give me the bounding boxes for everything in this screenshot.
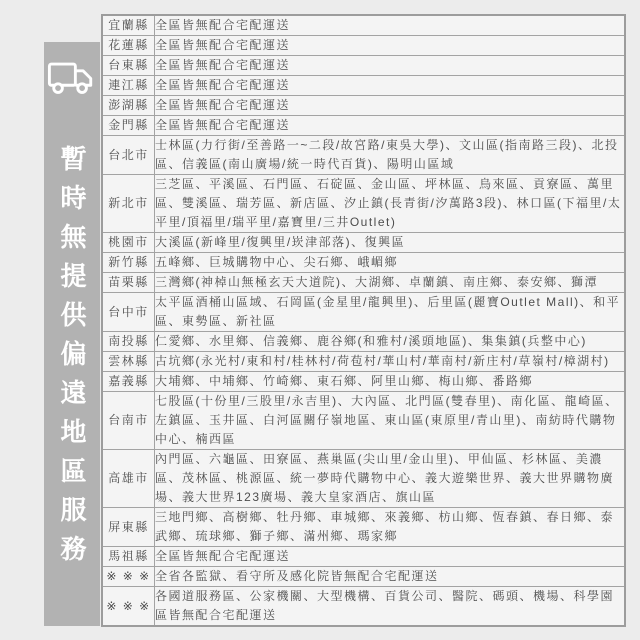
table-row: 台東縣 全區皆無配合宅配運送: [102, 56, 625, 76]
region-cell: 台中市: [102, 293, 155, 332]
remote-area-notice-page: 暫時無提供偏遠地區服務 宜蘭縣 全區皆無配合宅配運送 花蓮縣 全區皆無配合宅配運…: [0, 0, 640, 640]
detail-cell: 全省各監獄、看守所及感化院皆無配合宅配運送: [155, 567, 626, 587]
table-row: 桃園市 大溪區(新峰里/復興里/崁津部落)、復興區: [102, 233, 625, 253]
region-cell: ※ ※ ※: [102, 587, 155, 627]
detail-cell: 內門區、六龜區、田寮區、燕巢區(尖山里/金山里)、甲仙區、杉林區、美濃區、茂林區…: [155, 450, 626, 508]
region-cell: 連江縣: [102, 76, 155, 96]
region-cell: 台東縣: [102, 56, 155, 76]
table-row: ※ ※ ※ 各國道服務區、公家機關、大型機構、百貨公司、醫院、碼頭、機場、科學園…: [102, 587, 625, 627]
table-row: 高雄市 內門區、六龜區、田寮區、燕巢區(尖山里/金山里)、甲仙區、杉林區、美濃區…: [102, 450, 625, 508]
table-row: 宜蘭縣 全區皆無配合宅配運送: [102, 15, 625, 36]
region-cell: 花蓮縣: [102, 36, 155, 56]
region-cell: 宜蘭縣: [102, 15, 155, 36]
detail-cell: 各國道服務區、公家機關、大型機構、百貨公司、醫院、碼頭、機場、科學園區皆無配合宅…: [155, 587, 626, 627]
detail-cell: 全區皆無配合宅配運送: [155, 36, 626, 56]
table-row: 金門縣 全區皆無配合宅配運送: [102, 116, 625, 136]
table-row: 嘉義縣 大埔鄉、中埔鄉、竹崎鄉、東石鄉、阿里山鄉、梅山鄉、番路鄉: [102, 372, 625, 392]
table-row: 連江縣 全區皆無配合宅配運送: [102, 76, 625, 96]
detail-cell: 三地門鄉、高樹鄉、牡丹鄉、車城鄉、來義鄉、枋山鄉、恆春鎮、春日鄉、泰武鄉、琉球鄉…: [155, 508, 626, 547]
region-cell: 澎湖縣: [102, 96, 155, 116]
detail-cell: 全區皆無配合宅配運送: [155, 76, 626, 96]
detail-cell: 三灣鄉(神棹山無極玄天大道院)、大湖鄉、卓蘭鎮、南庄鄉、泰安鄉、獅潭: [155, 273, 626, 293]
detail-cell: 全區皆無配合宅配運送: [155, 96, 626, 116]
detail-cell: 全區皆無配合宅配運送: [155, 15, 626, 36]
table-row: 南投縣 仁愛鄉、水里鄉、信義鄉、鹿谷鄉(和雅村/溪頭地區)、集集鎮(兵整中心): [102, 332, 625, 352]
region-cell: 嘉義縣: [102, 372, 155, 392]
table-row: 雲林縣 古坑鄉(永光村/東和村/桂林村/荷苞村/華山村/華南村/新庄村/草嶺村/…: [102, 352, 625, 372]
table-row: 台南市 七股區(十份里/三股里/永吉里)、大內區、北門區(雙春里)、南化區、龍崎…: [102, 392, 625, 450]
table-row: 花蓮縣 全區皆無配合宅配運送: [102, 36, 625, 56]
detail-cell: 五峰鄉、巨城購物中心、尖石鄉、峨嵋鄉: [155, 253, 626, 273]
detail-cell: 士林區(力行街/至善路一~二段/故宮路/東吳大學)、文山區(指南路三段)、北投區…: [155, 136, 626, 175]
table-row: 新北市 三芝區、平溪區、石門區、石碇區、金山區、坪林區、烏來區、貢寮區、萬里區、…: [102, 175, 625, 233]
region-cell: 桃園市: [102, 233, 155, 253]
table-row: ※ ※ ※ 全省各監獄、看守所及感化院皆無配合宅配運送: [102, 567, 625, 587]
region-table: 宜蘭縣 全區皆無配合宅配運送 花蓮縣 全區皆無配合宅配運送 台東縣 全區皆無配合…: [101, 14, 626, 627]
sidebar-notice-text: 暫時無提供偏遠地區服務: [59, 145, 85, 574]
table-row: 新竹縣 五峰鄉、巨城購物中心、尖石鄉、峨嵋鄉: [102, 253, 625, 273]
table-row: 苗栗縣 三灣鄉(神棹山無極玄天大道院)、大湖鄉、卓蘭鎮、南庄鄉、泰安鄉、獅潭: [102, 273, 625, 293]
region-cell: 屏東縣: [102, 508, 155, 547]
region-cell: ※ ※ ※: [102, 567, 155, 587]
detail-cell: 全區皆無配合宅配運送: [155, 116, 626, 136]
region-cell: 馬祖縣: [102, 547, 155, 567]
detail-cell: 大埔鄉、中埔鄉、竹崎鄉、東石鄉、阿里山鄉、梅山鄉、番路鄉: [155, 372, 626, 392]
region-cell: 台南市: [102, 392, 155, 450]
region-cell: 苗栗縣: [102, 273, 155, 293]
detail-cell: 三芝區、平溪區、石門區、石碇區、金山區、坪林區、烏來區、貢寮區、萬里區、雙溪區、…: [155, 175, 626, 233]
region-cell: 新北市: [102, 175, 155, 233]
table-row: 台中市 太平區酒桶山區域、石岡區(金星里/龍興里)、后里區(麗寶Outlet M…: [102, 293, 625, 332]
region-cell: 金門縣: [102, 116, 155, 136]
detail-cell: 太平區酒桶山區域、石岡區(金星里/龍興里)、后里區(麗寶Outlet Mall)…: [155, 293, 626, 332]
detail-cell: 仁愛鄉、水里鄉、信義鄉、鹿谷鄉(和雅村/溪頭地區)、集集鎮(兵整中心): [155, 332, 626, 352]
detail-cell: 古坑鄉(永光村/東和村/桂林村/荷苞村/華山村/華南村/新庄村/草嶺村/樟湖村): [155, 352, 626, 372]
region-cell: 新竹縣: [102, 253, 155, 273]
delivery-truck-icon: [47, 60, 97, 103]
region-table-container: 宜蘭縣 全區皆無配合宅配運送 花蓮縣 全區皆無配合宅配運送 台東縣 全區皆無配合…: [101, 14, 626, 627]
table-row: 澎湖縣 全區皆無配合宅配運送: [102, 96, 625, 116]
detail-cell: 全區皆無配合宅配運送: [155, 547, 626, 567]
region-cell: 南投縣: [102, 332, 155, 352]
table-row: 屏東縣 三地門鄉、高樹鄉、牡丹鄉、車城鄉、來義鄉、枋山鄉、恆春鎮、春日鄉、泰武鄉…: [102, 508, 625, 547]
table-row: 台北市 士林區(力行街/至善路一~二段/故宮路/東吳大學)、文山區(指南路三段)…: [102, 136, 625, 175]
detail-cell: 全區皆無配合宅配運送: [155, 56, 626, 76]
detail-cell: 大溪區(新峰里/復興里/崁津部落)、復興區: [155, 233, 626, 253]
table-row: 馬祖縣 全區皆無配合宅配運送: [102, 547, 625, 567]
region-cell: 台北市: [102, 136, 155, 175]
detail-cell: 七股區(十份里/三股里/永吉里)、大內區、北門區(雙春里)、南化區、龍崎區、左鎮…: [155, 392, 626, 450]
region-cell: 雲林縣: [102, 352, 155, 372]
notice-sidebar: 暫時無提供偏遠地區服務: [44, 42, 100, 626]
region-cell: 高雄市: [102, 450, 155, 508]
region-table-body: 宜蘭縣 全區皆無配合宅配運送 花蓮縣 全區皆無配合宅配運送 台東縣 全區皆無配合…: [102, 15, 625, 626]
